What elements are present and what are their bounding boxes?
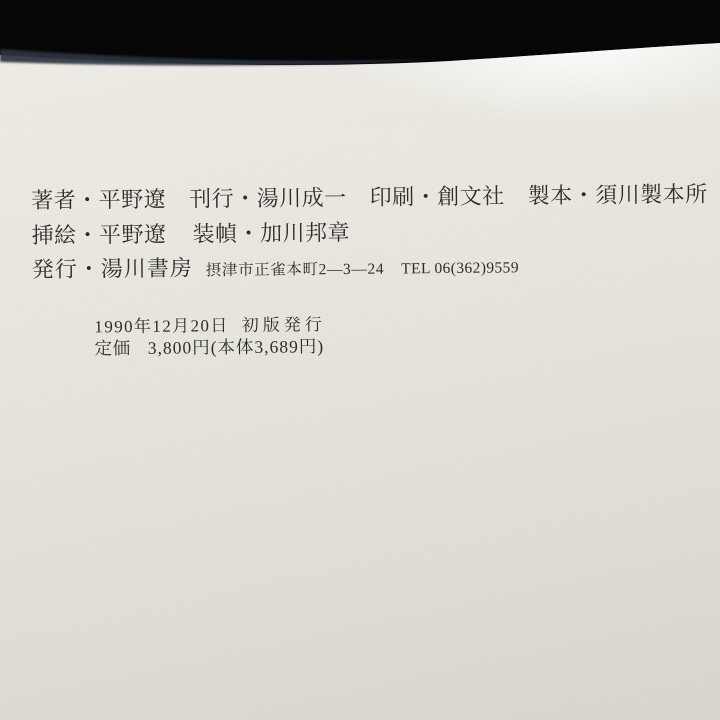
credits-line-1: 著者・平野遼 刊行・湯川成一 印刷・創文社 製本・須川製本所 — [31, 178, 708, 215]
publisher-line: 発行・湯川書房 摂津市正雀本町2—3—24 TEL 06(362)9559 — [32, 248, 519, 284]
credit-author: 著者・平野遼 — [31, 183, 166, 215]
credits-line-2: 挿絵・平野遼 装幀・加川邦章 — [31, 216, 350, 250]
credit-bindery: 製本・須川製本所 — [528, 178, 708, 211]
price-value: 3,800円(本体3,689円) — [148, 333, 325, 360]
price-line: 定価 3,800円(本体3,689円) — [94, 333, 324, 360]
publisher-phone: TEL 06(362)9559 — [401, 259, 519, 278]
credit-printer: 印刷・創文社 — [370, 179, 505, 211]
book-colophon-photo: 著者・平野遼 刊行・湯川成一 印刷・創文社 製本・須川製本所 挿絵・平野遼 装幀… — [0, 0, 720, 720]
edition-label: 初版発行 — [242, 310, 326, 336]
credit-book-designer: 装幀・加川邦章 — [192, 216, 350, 249]
publisher: 発行・湯川書房 — [32, 251, 193, 284]
publisher-address: 摂津市正雀本町2—3—24 — [206, 257, 385, 281]
price-label: 定価 — [94, 335, 130, 360]
page-edge-highlight — [330, 0, 720, 64]
credit-illustrator: 挿絵・平野遼 — [31, 218, 166, 250]
colophon-text-block: 著者・平野遼 刊行・湯川成一 印刷・創文社 製本・須川製本所 挿絵・平野遼 装幀… — [31, 177, 720, 404]
credit-publication: 刊行・湯川成一 — [189, 181, 347, 214]
